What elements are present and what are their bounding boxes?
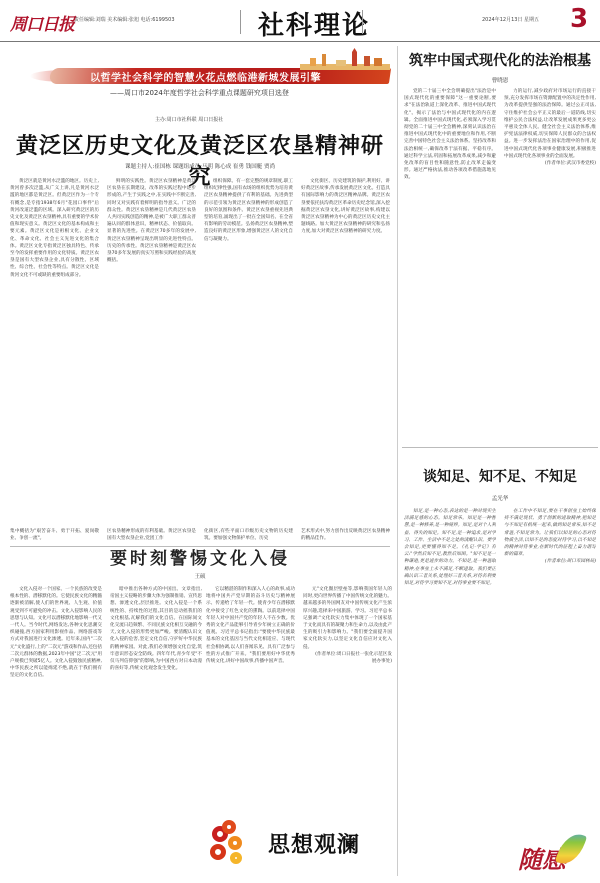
second-article-body-right: 它以精湛的制作和深入人心的故事,成功地将中国共产党早期的奋斗历史与精神展示、传递…: [206, 586, 392, 808]
paragraph: 黄泛区就是黄河水泛滥的地区。历史上,黄河曾多次泛滥,从广义上讲,凡是黄河水泛滥的…: [10, 178, 99, 279]
host-line: 主办:周口市社科联 周口日报社: [155, 116, 223, 123]
masthead: 周口日报 责任编辑:刘瑞 美术编辑:张旭 电话:6199503 社科理论 202…: [0, 0, 600, 42]
text-column: 文化入侵对一个国家、一个民族的改变是根本性的、潜移默化的。它使民族文化的精髓逐渐…: [10, 586, 102, 876]
side-article-2-title: 谈知足、知不足、不知足: [402, 466, 598, 486]
text-column: 鲜明的实践性。黄泛区农垦精神是黄泛区农垦在长期建设、改革的实践过程中逐步形成的,…: [107, 178, 196, 526]
second-article-title: 要时刻警惕文化入侵: [0, 544, 400, 569]
editors-line: 责任编辑:刘瑞 美术编辑:张旭 电话:6199503: [74, 16, 175, 23]
paragraph: 鲜明的实践性。黄泛区农垦精神是黄泛区农垦在长期建设、改革的实践过程中逐步形成的,…: [107, 178, 196, 264]
text-column: 集中概括为"艰苦奋斗、勇于开拓、爱岗敬业、争创一流"。: [10, 528, 99, 543]
side-article-2-body: 知足,是一种心态,表达的是一种对现实生活满足感的心态。知足常乐。知足是一种智慧,…: [404, 508, 596, 830]
paragraph: 暗中推出各种方式的中国出。文章指出,帝国主义侵略的步骤大体为强制推销、宣传思想、…: [110, 586, 202, 672]
rings-icon: [210, 818, 260, 868]
banner-headline: 以哲学社会科学的智慧火花点燃临港新城发展引擎: [90, 69, 321, 84]
paragraph: 知足,是一种心态,表达的是一种对现实生活满足感的心态。知足常乐。知足是一种智慧,…: [404, 508, 496, 587]
paragraph: 元"文化圈层壁垒等,影响我国年轻人的同时,更向世界传播了中国传统文化的魅力。越来…: [303, 586, 392, 651]
paragraph: 集中概括为"艰苦奋斗、勇于开拓、爱岗敬业、争创一流"。: [10, 529, 99, 541]
side-article-1-byline: 曹晓恩: [402, 76, 598, 84]
newspaper-logo: 周口日报: [10, 10, 74, 35]
text-column: 暗中推出各种方式的中国出。文章指出,帝国主义侵略的步骤大体为强制推销、宣传思想、…: [110, 586, 202, 876]
second-article-byline: 王硕: [0, 572, 400, 580]
author-affiliation: (作者单位:武汉市委党校): [504, 160, 596, 167]
second-article-body-left: 文化入侵对一个国家、一个民族的改变是根本性的、潜移默化的。它使民族文化的精髓逐渐…: [10, 586, 202, 876]
paragraph: 它以精湛的制作和深入人心的故事,成功地将中国共产党早期的奋斗历史与精神展示、传递…: [206, 586, 295, 665]
author-affiliation: (作者单位:周口市园林局): [504, 558, 596, 565]
paragraph: 化街区,有些平面口市级历史文物的历史建筑。要加强文物保护单位、历史: [204, 529, 293, 541]
page-number: 3: [570, 4, 588, 34]
text-column: 知足,是一种心态,表达的是一种对现实生活满足感的心态。知足常乐。知足是一种智慧,…: [404, 508, 496, 830]
paragraph: 文化入侵对一个国家、一个民族的改变是根本性的、潜移默化的。它使民族文化的精髓逐渐…: [10, 586, 102, 680]
paragraph: 文化街区、历史建筑的保护,利用好、讲好黄泛区故事,传承发展黄泛区文化。打造具有国…: [301, 178, 390, 236]
text-column: 党的二十届三中全会明确提出"法治是中国式现代化的重要保障"这一重要论断,要求"在…: [404, 88, 496, 440]
banner-subtitle: ——周口市2024年度哲学社会科学重点课题研究项目选登: [110, 88, 289, 98]
section-title: 社科理论: [258, 5, 370, 42]
text-column: 元"文化圈层壁垒等,影响我国年轻人的同时,更向世界传播了中国传统文化的魅力。越来…: [303, 586, 392, 808]
author-affiliation: (作者单位:周口日报社一张化示范区发展办事处): [303, 651, 392, 665]
text-column: 黄泛区就是黄河水泛滥的地区。历史上,黄河曾多次泛滥,从广义上讲,凡是黄河水泛滥的…: [10, 178, 99, 526]
masthead-divider: [240, 10, 241, 34]
paragraph: 组织保障。有一套完整的规章制度,职工组织纪律性强,国有农场的组织优势为培育黄泛区…: [204, 178, 293, 243]
side-article-1-title: 筑牢中国式现代化的法治根基: [402, 50, 598, 70]
paragraph: 党的二十届三中全会明确提出"法治是中国式现代化的重要保障"这一重要论断,要求"在…: [404, 88, 496, 182]
sixiang-guanlan-text: 思想观澜: [268, 828, 360, 859]
text-column: 区农垦精神形成的有利基础。黄泛区农垦是国有大型农垦企业,党团工作: [107, 528, 196, 543]
sixiang-guanlan-logo: 思想观澜: [210, 818, 390, 868]
city-skyline-icon: [300, 48, 390, 70]
section-divider: [402, 447, 598, 448]
paragraph: 在工作中不知足,要在干事创业上始终保持不满足现状、勇于创新的进取精神,把知足与不…: [504, 508, 596, 558]
text-column: 组织保障。有一套完整的规章制度,职工组织纪律性强,国有农场的组织优势为培育黄泛区…: [204, 178, 293, 526]
side-article-1-body: 党的二十届三中全会明确提出"法治是中国式现代化的重要保障"这一重要论断,要求"在…: [404, 88, 596, 440]
research-team: 课题主持人:崔国栋 课题组成员:马明 陈心成 崔勇 钱国艇 贾尚: [0, 162, 400, 170]
lead-article-body: 黄泛区就是黄河水泛滥的地区。历史上,黄河曾多次泛滥,从广义上讲,凡是黄河水泛滥的…: [10, 178, 390, 526]
column-banner: 以哲学社会科学的智慧火花点燃临港新城发展引擎 ——周口市2024年度哲学社会科学…: [30, 48, 390, 108]
text-column: 艺术形式中,努力创作出反映黄泛区农垦精神的精品佳作。: [301, 528, 390, 543]
text-column: 在工作中不知足,要在干事创业上始终保持不满足现状、勇于创新的进取精神,把知足与不…: [504, 508, 596, 830]
text-column: 化街区,有些平面口市级历史文物的历史建筑。要加强文物保护单位、历史: [204, 528, 293, 543]
issue-date: 2024年12月13日 星期五: [482, 16, 539, 23]
text-column: 力的运行,减少政府对市场运行的直接干预,充分发挥市场在资源配置中的决定性作用,为…: [504, 88, 596, 440]
side-article-2-byline: 孟光华: [402, 494, 598, 502]
paragraph: 力的运行,减少政府对市场运行的直接干预,充分发挥市场在资源配置中的决定性作用,为…: [504, 88, 596, 160]
feather-icon: [555, 829, 587, 868]
paragraph: 区农垦精神形成的有利基础。黄泛区农垦是国有大型农垦企业,党团工作: [107, 529, 196, 541]
paragraph: 艺术形式中,努力创作出反映黄泛区农垦精神的精品佳作。: [301, 529, 390, 541]
column-divider: [397, 46, 398, 876]
text-column: 它以精湛的制作和深入人心的故事,成功地将中国共产党早期的奋斗历史与精神展示、传递…: [206, 586, 295, 808]
masthead-divider: [362, 10, 363, 34]
text-column: 文化街区、历史建筑的保护,利用好、讲好黄泛区故事,传承发展黄泛区文化。打造具有国…: [301, 178, 390, 526]
lead-article-tail: 集中概括为"艰苦奋斗、勇于开拓、爱岗敬业、争创一流"。 区农垦精神形成的有利基础…: [10, 528, 390, 543]
